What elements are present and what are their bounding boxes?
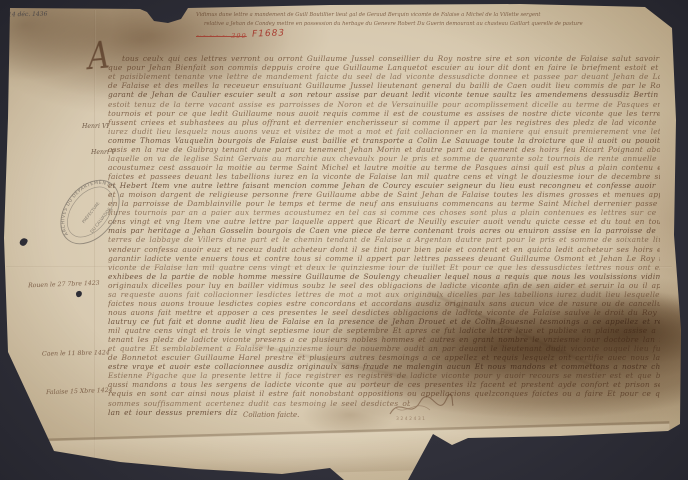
manuscript-line: en la parroisse de Damblainville pour le… xyxy=(108,199,660,208)
manuscript-line: viconte de Falaise lan mil quatre cens v… xyxy=(108,263,660,272)
manuscript-line: assis en la rue de Guibray tenant dune p… xyxy=(108,145,660,154)
margin-note-caen-date: Caen le 11 8bre 1424 xyxy=(42,349,110,357)
svg-text:ARCHIVES DU DÉPARTEMENT: ARCHIVES DU DÉPARTEMENT xyxy=(47,167,111,239)
annotation-register-note-line2: relative a Jehan de Condey mettre en pos… xyxy=(204,20,604,28)
manuscript-line: que pour Jehan Bienfait son commis deppu… xyxy=(108,63,660,72)
manuscript-line: tenant les pledz de ladicte viconte pres… xyxy=(108,335,660,344)
manuscript-line: lautruy ce fut fait et donne audit lieu … xyxy=(108,317,660,326)
annotation-register-note-line1: Vidimus dune lettre a mandement de Guill… xyxy=(196,11,648,19)
manuscript-line: et Hebert Item vne autre lettre faisant … xyxy=(108,181,660,190)
manuscript-line: et paisiblement tenante vne lettre de ma… xyxy=(108,72,660,81)
margin-note-falaise-date: Falaise 15 Xbre 1424 xyxy=(46,387,113,396)
manuscript-line: et quatre Et semblablement a Falaise le … xyxy=(108,344,660,353)
manuscript-line: faictes et passees deuant les tabellions… xyxy=(108,172,660,181)
stamp-top-text: ARCHIVES DU DÉPARTEMENT xyxy=(47,167,111,239)
manuscript-line: nous auons fait mettre et apposer a ces … xyxy=(108,308,660,317)
manuscript-line: mais par heritage a Jehan Gosselin bourg… xyxy=(108,226,660,235)
manuscript-line: et a moison dargent de religieuse person… xyxy=(108,190,660,199)
manuscript-line: sommes souffisamment acertenez dudit cas… xyxy=(108,399,410,408)
manuscript-line: estre vraye et auoir este collacionnee a… xyxy=(108,362,660,371)
manuscript-line: garantir ladicte vente enuers tous et co… xyxy=(108,254,660,263)
collation-signature: Collation faicte. xyxy=(243,411,299,419)
manuscript-line: mil quatre cens vingt et trois le vingt … xyxy=(108,326,660,335)
annotation-date-top-left: 14 déc. 1436 xyxy=(8,11,48,19)
manuscript-line: exhibees de la partie de noble homme mes… xyxy=(108,272,660,281)
shelfmark-number: F1683 xyxy=(252,28,285,39)
manuscript-line: requis en sont car ainsi nous plaist il … xyxy=(108,389,660,398)
manuscript-line: vendeur confessa auoir euz et receuz dud… xyxy=(108,245,660,254)
manuscript-line: originaulx dicelles pour luy en bailler … xyxy=(108,281,660,290)
manuscript-line: terres de labbaye de Villers dune part e… xyxy=(108,235,660,244)
margin-note-henri-v: Henri V xyxy=(91,149,115,156)
parchment-hole xyxy=(75,290,82,297)
manuscript-line: liures tournois par an a paier aux terme… xyxy=(108,208,660,217)
manuscript-line: iurez dudit lieu lesquelz nous auons veu… xyxy=(108,127,660,136)
archive-scan-background: A tous ceulx qui ces lettres verront ou … xyxy=(0,0,688,480)
bottom-fold-plica xyxy=(34,421,671,480)
parchment-document: A tous ceulx qui ces lettres verront ou … xyxy=(0,0,688,480)
manuscript-line: comme Thomas Vauquelin bourgois de Falai… xyxy=(108,136,660,145)
manuscript-line: laquelle on va de leglise Saint Gervais … xyxy=(108,154,660,163)
manuscript-line: Estienne Pigache que la presente lettre … xyxy=(108,371,660,380)
manuscript-line: faictes nous auons trouue lesdictes copi… xyxy=(108,299,660,308)
manuscript-line: tous ceulx qui ces lettres verront ou or… xyxy=(122,54,660,63)
manuscript-line: lan et iour dessus premiers diz xyxy=(108,408,238,417)
manuscript-line: estoit tenuz de la terre vacant assise e… xyxy=(108,100,660,109)
manuscript-line: tournois et pour ce que ledit Guillaume … xyxy=(108,109,660,118)
parchment-hole xyxy=(19,237,29,247)
manuscript-line: cens vingt et vng Item vne autre lettre … xyxy=(108,217,660,226)
manuscript-line: garant de Jehan de Caulier escuier seult… xyxy=(108,90,660,99)
crossed-out-shelfmark: ~~~~~ 399 xyxy=(196,32,247,40)
manuscript-line: fussent criees et subhastees au plus off… xyxy=(108,118,660,127)
manuscript-line: de Bonnetot escuier Guillaume Harel pres… xyxy=(108,353,660,362)
manuscript-line: sa requeste auons fait collacionner lesd… xyxy=(108,290,660,299)
manuscript-line: aussi mandons a tous les sergens de ladi… xyxy=(108,380,660,389)
margin-note-rouen-date: Rouen le 27 7bre 1423 xyxy=(28,280,100,289)
manuscript-line: de Falaise et des melles la receueur ens… xyxy=(108,81,660,90)
paraph-number: 3242431 xyxy=(396,417,427,422)
manuscript-line: acoustumez cest assauoir la moitie au te… xyxy=(108,163,660,172)
margin-note-henri-vi: Henri VI xyxy=(82,123,109,130)
